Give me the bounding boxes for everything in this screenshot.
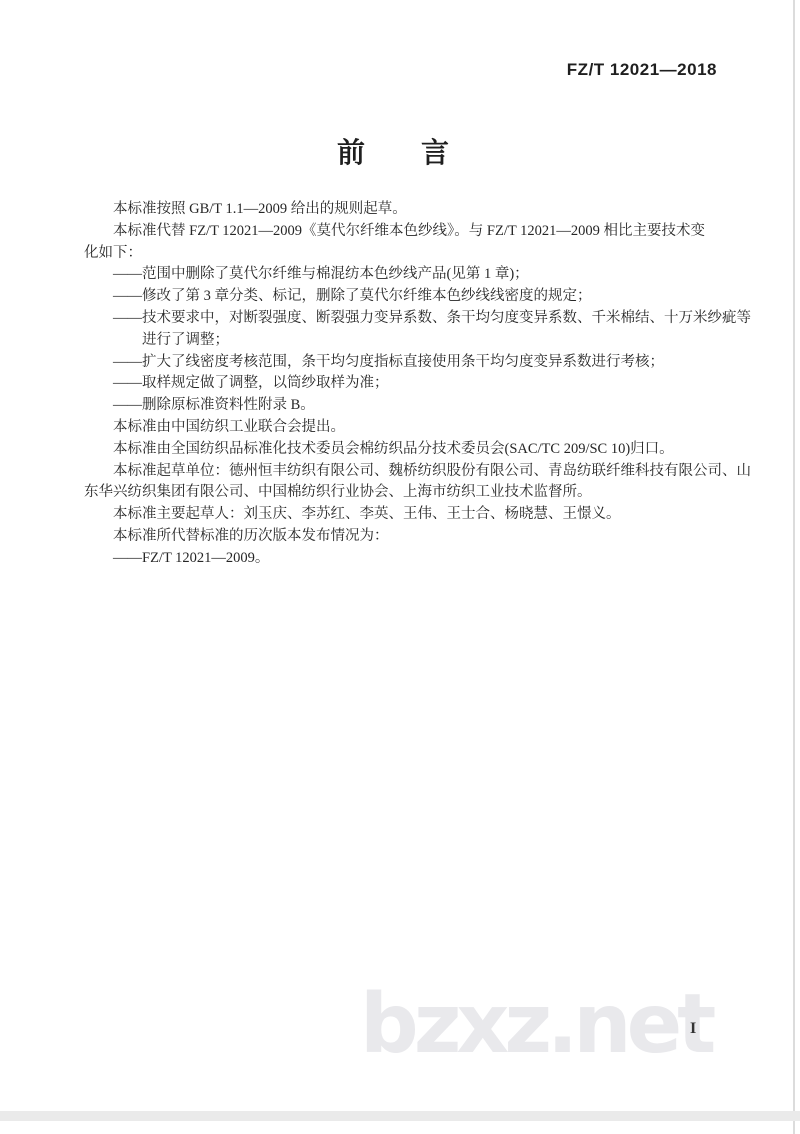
body-line: ——删除原标准资料性附录 B。 [84,395,720,417]
document-page: bzxz.net FZ/T 12021—2018 前 言 本标准按照 GB/T … [0,0,800,1134]
body-line: 本标准所代替标准的历次版本发布情况为： [84,526,720,548]
foreword-paragraphs: 本标准按照 GB/T 1.1—2009 给出的规则起草。本标准代替 FZ/T 1… [84,199,720,570]
scan-bottom-strip [0,1111,800,1121]
body-line: 本标准主要起草人：刘玉庆、李苏红、李英、王伟、王士合、杨晓慧、王憬义。 [84,504,720,526]
foreword-title: 前 言 [0,131,786,171]
watermark-text: bzxz.net [360,984,711,1066]
body-line: 本标准由中国纺织工业联合会提出。 [84,417,720,439]
body-line: 本标准由全国纺织品标准化技术委员会棉纺织品分技术委员会(SAC/TC 209/S… [84,439,720,461]
body-line: 东华兴纺织集团有限公司、中国棉纺织行业协会、上海市纺织工业技术监督所。 [84,482,720,504]
body-line: ——修改了第 3 章分类、标记，删除了莫代尔纤维本色纱线线密度的规定； [84,286,720,308]
body-line: ——取样规定做了调整，以筒纱取样为准； [84,373,720,395]
body-line: 化如下： [84,243,720,265]
body-line: 本标准按照 GB/T 1.1—2009 给出的规则起草。 [84,199,720,221]
page-number: I [690,1020,696,1038]
standard-number-header: FZ/T 12021—2018 [567,60,717,80]
body-line: ——技术要求中，对断裂强度、断裂强力变异系数、条干均匀度变异系数、千米棉结、十万… [84,308,720,330]
scan-page-edge-line [793,0,795,1134]
body-line: 本标准起草单位：德州恒丰纺织有限公司、魏桥纺织股份有限公司、青岛纺联纤维科技有限… [84,461,720,483]
body-line: 进行了调整； [84,330,720,352]
body-line: 本标准代替 FZ/T 12021—2009《莫代尔纤维本色纱线》。与 FZ/T … [84,221,720,243]
body-line: ——范围中删除了莫代尔纤维与棉混纺本色纱线产品(见第 1 章)； [84,264,720,286]
body-line: ——扩大了线密度考核范围，条干均匀度指标直接使用条干均匀度变异系数进行考核； [84,352,720,374]
body-line: ——FZ/T 12021—2009。 [84,548,720,570]
